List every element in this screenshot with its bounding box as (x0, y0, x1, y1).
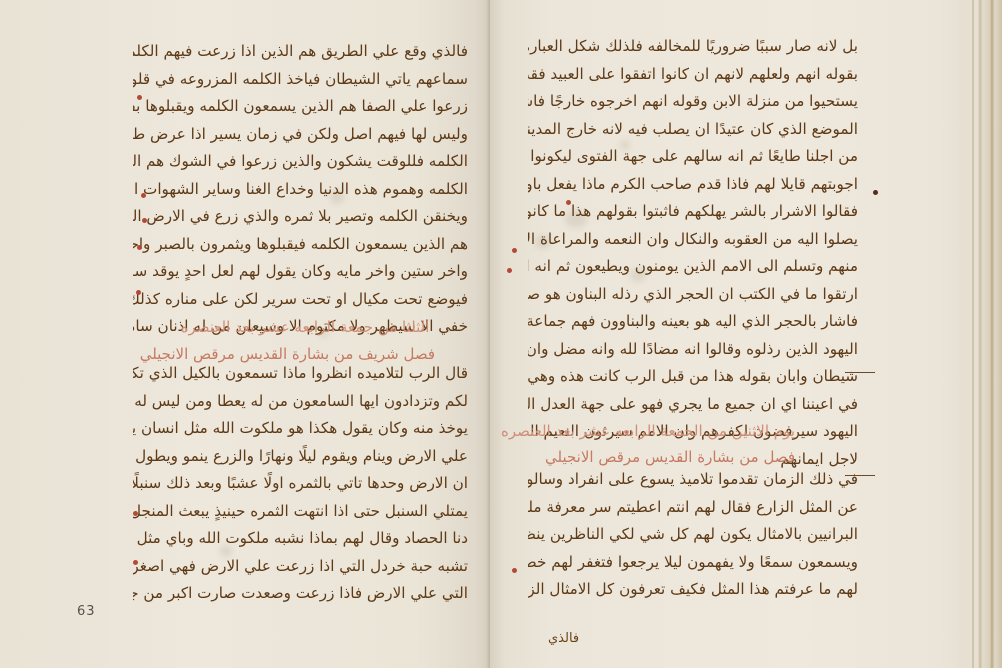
text-line: ارتقوا ما في الكتب ان الحجر الذي رذله ال… (528, 281, 858, 309)
text-line: ويسمعون سمعًا ولا يفهمون ليلا يرجعوا فتغ… (528, 549, 858, 577)
text-line: من اجلنا طايعًا ثم انه سالهم على جهة الف… (528, 143, 858, 171)
right-page-rubric: يوم الاثنين من الجمعة الرابعه عشر بعد ال… (525, 418, 795, 445)
text-line: تشبه حبة خردل التي اذا زرعت علي الارض فه… (133, 553, 468, 581)
folio-number: 63 (77, 604, 96, 619)
text-line: زرعوا علي الصفا هم الذين يسمعون الكلمه و… (133, 93, 468, 121)
red-dot-marker (137, 95, 142, 100)
red-dot-marker (137, 245, 142, 250)
text-line: شيطان وابان بقوله هذا من قبل الرب كانت ه… (528, 363, 858, 391)
text-line: اليهود الذين رذلوه وقالوا انه مضادًا لله… (528, 336, 858, 364)
text-line: فيوضع تحت مكيال او تحت سرير لكن على منار… (133, 286, 468, 314)
left-page-text-bottom: قال الرب لتلاميده انظروا ماذا تسمعون بال… (133, 360, 468, 608)
text-line: اجوبتهم قايلا لهم فاذا قدم صاحب الكرم ما… (528, 171, 858, 199)
text-line: عن المثل الزارع فقال لهم انتم اعطيتم سر … (528, 494, 858, 522)
red-dot-marker (141, 193, 146, 198)
text-line: لهم ما عرفتم هذا المثل فكيف تعرفون كل ال… (528, 576, 858, 604)
text-line: لكم وتزدادون ايها السامعون من له يعطا وم… (133, 388, 468, 416)
page-edges (978, 0, 1002, 668)
text-line: ان الارض وحدها تاتي بالثمره اولًا عشبًا … (133, 470, 468, 498)
text-line: الكلمه فللوقت يشكون والذين زرعوا في الشو… (133, 148, 468, 176)
text-line: واخر ستين واخر مايه وكان يقول لهم لعل اح… (133, 258, 468, 286)
text-line: فقالوا الاشرار بالشر يهلكهم فاثبتوا بقول… (528, 198, 858, 226)
red-dot-marker (512, 248, 517, 253)
text-line: البرانيين بالامثال يكون لهم كل شي لكي ال… (528, 521, 858, 549)
text-line: التي علي الارض فاذا زرعت وصعدت صارت اكبر… (133, 580, 468, 608)
rubric-heading-line: يوم الاثنين من الجمعة الرابعه عشر بعد ال… (525, 418, 795, 445)
text-line: يصلوا اليه من العقوبه والنكال وان النعمه… (528, 226, 858, 254)
manuscript-spread: فالذي وقع علي الطريق هم الذين اذا زرعت ف… (0, 0, 1002, 668)
text-line: يمتلي السنبل حتى اذا انتهت الثمره حينيذٍ… (133, 498, 468, 526)
red-dot-marker (133, 560, 138, 565)
text-line: قال الرب لتلاميده انظروا ماذا تسمعون بال… (133, 360, 468, 388)
text-line: الكلمه وهموم هذه الدنيا وخداع الغنا وساي… (133, 176, 468, 204)
text-line: دنا الحصاد وقال لهم بماذا نشبه ملكوت الل… (133, 525, 468, 553)
text-line: الموضع الذي كان عتيدًا ان يصلب فيه لانه … (528, 116, 858, 144)
text-line: وليس لها فيهم اصل ولكن في زمان يسير اذا … (133, 121, 468, 149)
catchword: فالذي (548, 631, 579, 646)
left-page-text-top: فالذي وقع علي الطريق هم الذين اذا زرعت ف… (133, 38, 468, 341)
text-line: سماعهم ياتي الشيطان فياخذ الكلمه المزروع… (133, 66, 468, 94)
right-page-text-bottom: في ذلك الزمان تقدموا تلاميذ يسوع على انف… (528, 466, 858, 604)
red-dot-marker (142, 218, 147, 223)
rubric-heading-line: الثلثا من جمعة الرابعه عشر بعد العنصره (175, 314, 435, 341)
red-dot-marker (507, 268, 512, 273)
red-dot-marker (512, 568, 517, 573)
text-line: بقوله انهم ولعلهم لانهم ان كانوا اتفقوا … (528, 61, 858, 89)
line-extension-stroke (845, 372, 875, 373)
text-line: بل لانه صار سببًا ضروريًا للمخالفه فلذلك… (528, 33, 858, 61)
red-dot-marker (566, 200, 571, 205)
text-line: هم الذين يسمعون الكلمه فيقبلوها ويثمرون … (133, 231, 468, 259)
text-line: يستحيوا من منزلة الابن وقوله انهم اخرجوه… (528, 88, 858, 116)
text-line: ويخنقن الكلمه وتصير بلا ثمره والذي زرع ف… (133, 203, 468, 231)
text-line: في اعيننا اي ان جميع ما يجري فهو على جهة… (528, 391, 858, 419)
text-line: علي الارض وينام ويقوم ليلًا ونهارًا والز… (133, 443, 468, 471)
red-dot-marker (136, 290, 141, 295)
ink-spot (873, 190, 878, 195)
text-line: منهم وتسلم الى الامم الذين يومنون ويطيعو… (528, 253, 858, 281)
red-dot-marker (133, 511, 138, 516)
text-line: في ذلك الزمان تقدموا تلاميذ يسوع على انف… (528, 466, 858, 494)
text-line: يوخذ منه وكان يقول هكذا هو ملكوت الله مث… (133, 415, 468, 443)
text-line: فاشار بالحجر الذي اليه هو بعينه والبناوو… (528, 308, 858, 336)
left-page: فالذي وقع علي الطريق هم الذين اذا زرعت ف… (0, 0, 490, 668)
right-page-text-top: بل لانه صار سببًا ضروريًا للمخالفه فلذلك… (528, 33, 858, 446)
text-line: فالذي وقع علي الطريق هم الذين اذا زرعت ف… (133, 38, 468, 66)
